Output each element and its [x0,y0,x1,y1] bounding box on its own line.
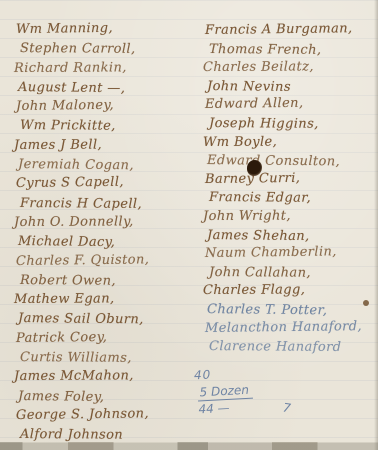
signature: Charles Flagg, [203,281,375,300]
tally-fraction: 5 Dozen 44 — [197,383,254,417]
signature: John O. Donnelly, [14,212,194,232]
signature: Richard Rankin, [14,58,194,78]
signature: Francis A Burgaman, [205,20,375,41]
signature: John Maloney, [16,95,194,116]
signature: Clarence Hanaford [209,338,375,358]
scanned-manuscript-page: { "document": { "kind": "handwritten sig… [0,0,378,450]
signature: John Wright, [203,207,375,226]
ink-dot [363,300,369,306]
signature-column-left: Wm Manning,Stephen Carroll,Richard Ranki… [14,20,194,445]
signature: Patrick Coey, [16,327,194,348]
signature: Stephen Carroll, [20,39,194,60]
signature: Joseph Higgins, [209,115,375,135]
signature: Naum Chamberlin, [205,243,375,264]
signature: Wm Prickitte, [20,116,194,137]
signature: Wm Boyle, [203,133,375,152]
tally-annotations: 40 5 Dozen 44 — 7 [190,366,320,415]
signature: Wm Manning, [16,18,194,39]
signature: George S. Johnson, [16,404,194,425]
signature: Cyrus S Capell, [16,172,194,193]
scan-edge-bottom [0,442,378,450]
signature: Francis H Capell, [20,194,194,215]
signature: Edward Allen, [205,94,375,115]
signature: Mathew Egan, [14,289,194,309]
tally-extra: 7 [282,401,292,416]
tally-result: 44 — [198,399,254,417]
signature: Melancthon Hanaford, [205,317,375,338]
signature: Charles Beilatz, [203,58,375,77]
tally-total: 40 [194,364,320,382]
scan-edge-right [374,0,378,450]
signature: Francis Edgar, [209,189,375,209]
signature: James McMahon, [14,366,194,386]
signature: James J Bell, [14,135,194,155]
signature: Barney Curri, [205,169,375,190]
signature-column-right: Francis A Burgaman,Thomas French,Charles… [203,22,375,357]
signature: Charles F. Quiston, [16,249,194,270]
